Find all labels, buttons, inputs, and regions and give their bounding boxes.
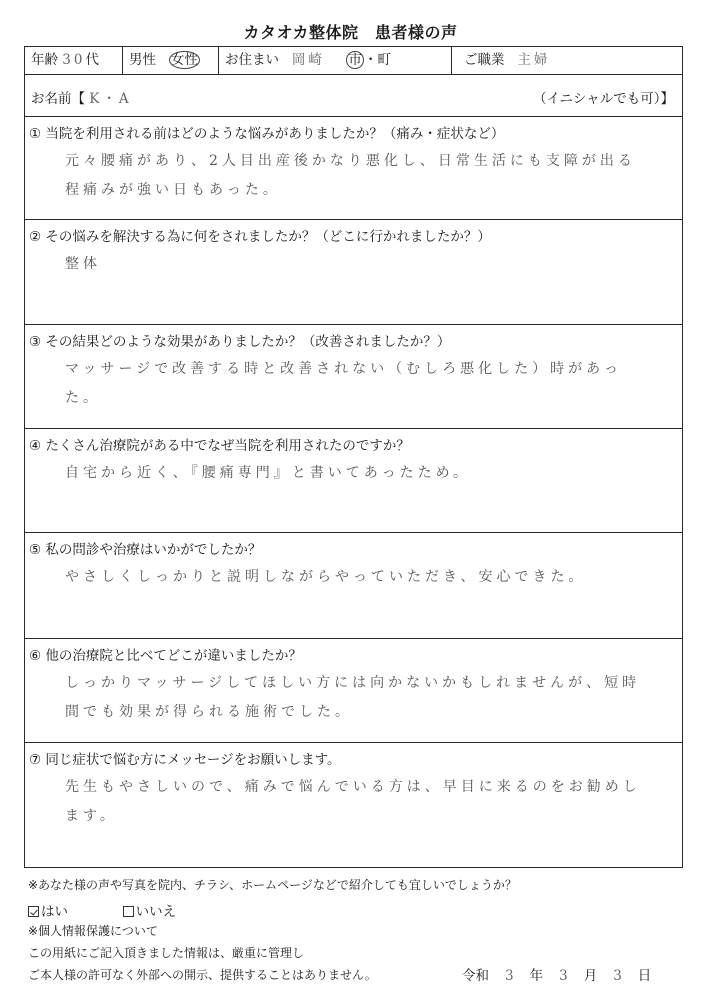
privacy-line-1: この用紙にご記入頂きました情報は、厳重に管理し: [28, 944, 304, 961]
question-1-label: ① 当院を利用される前はどのような悩みがありましたか？（痛み・症状など）: [29, 122, 504, 142]
question-1: ① 当院を利用される前はどのような悩みがありましたか？（痛み・症状など） 元々腰…: [25, 117, 682, 220]
residence-town-option[interactable]: 町: [377, 52, 391, 68]
question-3-label: ③ その結果どのような効果がありましたか？（改善されましたか？）: [29, 330, 450, 350]
question-7-answer[interactable]: 先生もやさしいので、痛みで悩んでいる方は、早目に来るのをお勧めします。: [65, 773, 652, 831]
privacy-line-2: ご本人様の許可なく外部への開示、提供することはありません。: [28, 966, 377, 983]
name-label: お名前【: [31, 91, 85, 107]
consent-no-option[interactable]: いいえ: [123, 904, 177, 920]
date-year[interactable]: 3: [489, 968, 530, 984]
date-day-label: 日: [638, 968, 652, 984]
residence-city-option-selected[interactable]: 市: [346, 51, 364, 69]
residence-label: お住まい: [225, 52, 279, 68]
gender-female-option-selected[interactable]: 女性: [169, 51, 200, 69]
date-era: 令和: [462, 968, 489, 984]
date-month[interactable]: 3: [543, 968, 584, 984]
residence-value[interactable]: 岡崎: [292, 52, 325, 68]
testimonial-form: 年齢 30代 男性 女性 お住まい 岡崎 市・町 ご職業 主婦 お名前【 K・A…: [24, 46, 683, 868]
question-5-label: ⑤ 私の問診や治療はいかがでしたか？: [29, 538, 261, 558]
question-4-label: ④ たくさん治療院がある中でなぜ当院を利用されたのですか？: [29, 434, 410, 454]
profile-row: 年齢 30代 男性 女性 お住まい 岡崎 市・町 ご職業 主婦: [25, 47, 682, 75]
residence-cell: お住まい 岡崎 市・町: [219, 47, 452, 74]
date-year-label: 年: [530, 968, 544, 984]
date-day[interactable]: 3: [597, 968, 638, 984]
question-5-answer[interactable]: やさしくしっかりと説明しながらやっていただき、安心できた。: [65, 563, 652, 592]
question-7-label: ⑦ 同じ症状で悩む方にメッセージをお願いします。: [29, 748, 341, 768]
form-title: カタオカ整体院 患者様の声: [0, 20, 701, 43]
question-3-answer[interactable]: マッサージで改善する時と改善されない（むしろ悪化した）時があった。: [65, 355, 652, 413]
consent-options: はい いいえ: [28, 900, 176, 920]
question-6-label: ⑥ 他の治療院と比べてどこが違いましたか？: [29, 644, 302, 664]
form-date: 令和3年3月3日: [462, 964, 651, 984]
name-note: （イニシャルでも可）】: [533, 87, 674, 107]
question-7: ⑦ 同じ症状で悩む方にメッセージをお願いします。 先生もやさしいので、痛みで悩ん…: [25, 743, 682, 869]
consent-question: ※あなた様の声や写真を院内、チラシ、ホームページなどで紹介しても宜しいでしょうか…: [28, 876, 517, 893]
age-suffix: 代: [85, 52, 99, 68]
consent-yes-option[interactable]: はい: [28, 904, 72, 920]
name-value[interactable]: K・A: [89, 91, 131, 107]
question-2: ② その悩みを解決する為に何をされましたか？（どこに行かれましたか？） 整体: [25, 220, 682, 325]
occupation-cell: ご職業 主婦: [452, 47, 684, 74]
age-value[interactable]: 30: [62, 52, 85, 68]
question-6: ⑥ 他の治療院と比べてどこが違いましたか？ しっかりマッサージしてほしい方には向…: [25, 639, 682, 743]
question-2-answer[interactable]: 整体: [65, 250, 652, 279]
question-4: ④ たくさん治療院がある中でなぜ当院を利用されたのですか？ 自宅から近く、『腰痛…: [25, 429, 682, 533]
question-4-answer[interactable]: 自宅から近く、『腰痛専門』と書いてあったため。: [65, 459, 652, 488]
age-label: 年齢: [31, 52, 58, 68]
occupation-value[interactable]: 主婦: [517, 52, 550, 68]
date-month-label: 月: [584, 968, 598, 984]
gender-cell: 男性 女性: [123, 47, 219, 74]
age-cell: 年齢 30代: [25, 47, 123, 74]
name-row: お名前【 K・A （イニシャルでも可）】: [25, 75, 682, 117]
question-6-answer[interactable]: しっかりマッサージしてほしい方には向かないかもしれませんが、短時間でも効果が得ら…: [65, 669, 652, 727]
question-3: ③ その結果どのような効果がありましたか？（改善されましたか？） マッサージで改…: [25, 325, 682, 429]
question-2-label: ② その悩みを解決する為に何をされましたか？（どこに行かれましたか？）: [29, 225, 491, 245]
consent-yes-label: はい: [41, 904, 68, 920]
checkbox-checked-icon[interactable]: [28, 906, 39, 917]
question-1-answer[interactable]: 元々腰痛があり、2人目出産後かなり悪化し、日常生活にも支障が出る程痛みが強い日も…: [65, 147, 652, 205]
question-5: ⑤ 私の問診や治療はいかがでしたか？ やさしくしっかりと説明しながらやっていただ…: [25, 533, 682, 639]
gender-male-option[interactable]: 男性: [129, 52, 156, 68]
occupation-label: ご職業: [464, 52, 505, 68]
residence-separator: ・: [364, 52, 378, 68]
consent-no-label: いいえ: [136, 904, 177, 920]
checkbox-empty-icon[interactable]: [123, 906, 134, 917]
privacy-heading: ※個人情報保護について: [28, 922, 158, 939]
